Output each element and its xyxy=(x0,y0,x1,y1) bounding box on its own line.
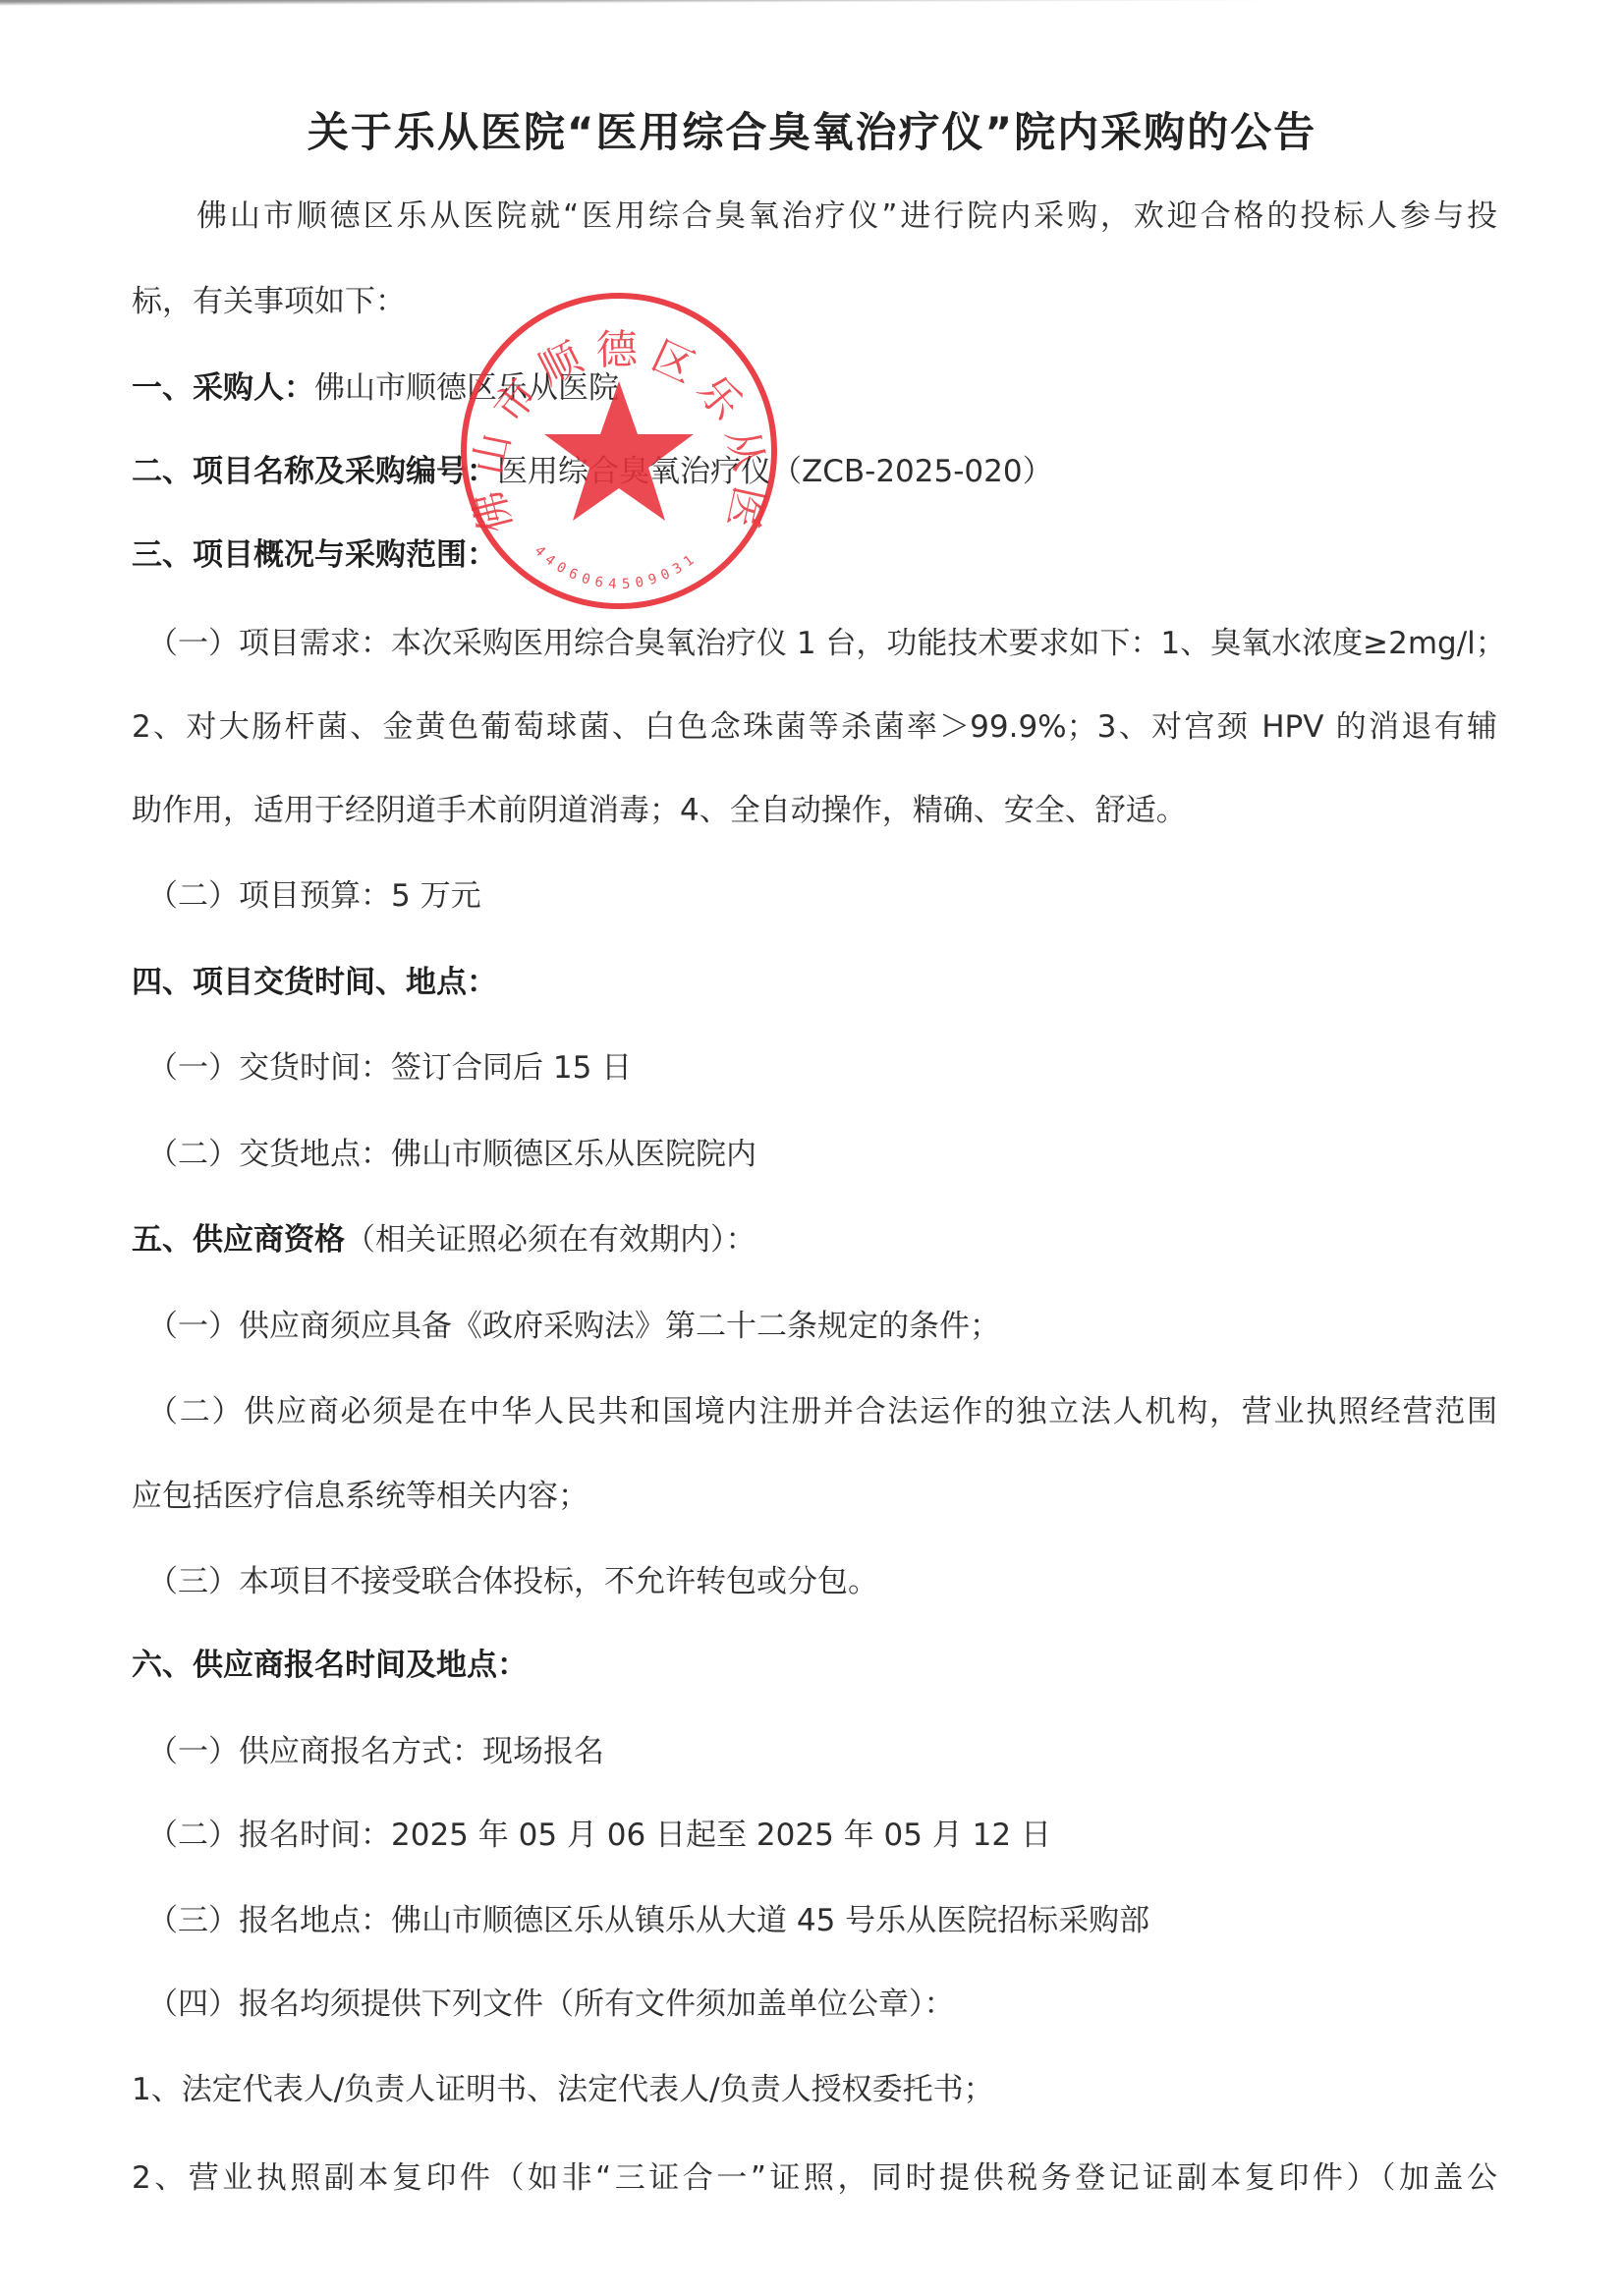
registration-place: （三）报名地点：佛山市顺德区乐从镇乐从大道 45 号乐从医院招标采购部 xyxy=(147,1901,1497,1940)
section-heading-delivery: 四、项目交货时间、地点： xyxy=(132,963,1497,1002)
registration-method: （一）供应商报名方式：现场报名 xyxy=(147,1732,1497,1771)
heading-note: （相关证照必须在有效期内）： xyxy=(345,1222,756,1258)
qualification-1: （一）供应商须应具备《政府采购法》第二十二条规定的条件； xyxy=(147,1307,1497,1346)
purchaser-name: 佛山市顺德区乐从医院 xyxy=(314,370,619,406)
intro-line-1: 佛山市顺德区乐从医院就“医用综合臭氧治疗仪”进行院内采购，欢迎合格的投标人参与投 xyxy=(196,196,1497,236)
qualification-3: （三）本项目不接受联合体投标，不允许转包或分包。 xyxy=(147,1562,1497,1601)
document-item-2: 2、营业执照副本复印件（如非“三证合一”证照，同时提供税务登记证副本复印件）（加… xyxy=(132,2158,1497,2198)
registration-documents: （四）报名均须提供下列文件（所有文件须加盖单位公章）： xyxy=(147,1985,1497,2024)
scan-edge-shadow xyxy=(0,0,1624,8)
section-heading: 五、供应商资格 xyxy=(132,1222,345,1258)
qualification-2-line-2: 应包括医疗信息系统等相关内容； xyxy=(132,1477,1497,1516)
requirement-line-1: （一）项目需求：本次采购医用综合臭氧治疗仪 1 台，功能技术要求如下：1、臭氧水… xyxy=(147,624,1497,663)
section-heading-registration: 六、供应商报名时间及地点： xyxy=(132,1646,1497,1685)
requirement-line-2: 2、对大肠杆菌、金黄色葡萄球菌、白色念珠菌等杀菌率＞99.9%；3、对宫颈 HP… xyxy=(132,707,1497,747)
section-heading-overview: 三、项目概况与采购范围： xyxy=(132,535,1497,575)
document-item-1: 1、法定代表人/负责人证明书、法定代表人/负责人授权委托书； xyxy=(132,2070,1497,2109)
delivery-time: （一）交货时间：签订合同后 15 日 xyxy=(147,1048,1497,1088)
requirement-line-3: 助作用，适用于经阴道手术前阴道消毒；4、全自动操作，精确、安全、舒适。 xyxy=(132,791,1497,830)
budget: （二）项目预算：5 万元 xyxy=(147,876,1497,916)
section-heading: 一、采购人： xyxy=(132,370,314,406)
section-project-name: 二、项目名称及采购编号：医用综合臭氧治疗仪（ZCB-2025-020） xyxy=(132,452,1497,491)
section-heading: 二、项目名称及采购编号： xyxy=(132,454,497,489)
section-supplier-qualification: 五、供应商资格（相关证照必须在有效期内）： xyxy=(132,1220,1497,1259)
page-title: 关于乐从医院“医用综合臭氧治疗仪”院内采购的公告 xyxy=(0,100,1624,159)
qualification-2-line-1: （二）供应商必须是在中华人民共和国境内注册并合法运作的独立法人机构，营业执照经营… xyxy=(147,1392,1497,1431)
project-name-code: 医用综合臭氧治疗仪（ZCB-2025-020） xyxy=(497,454,1053,489)
intro-line-2: 标，有关事项如下： xyxy=(132,282,1497,321)
seal-text: 佛山市顺德区乐从医院 xyxy=(457,291,774,537)
section-purchaser: 一、采购人：佛山市顺德区乐从医院 xyxy=(132,368,1497,408)
delivery-place: （二）交货地点：佛山市顺德区乐从医院院内 xyxy=(147,1135,1497,1174)
registration-time: （二）报名时间：2025 年 05 月 06 日起至 2025 年 05 月 1… xyxy=(147,1816,1497,1855)
